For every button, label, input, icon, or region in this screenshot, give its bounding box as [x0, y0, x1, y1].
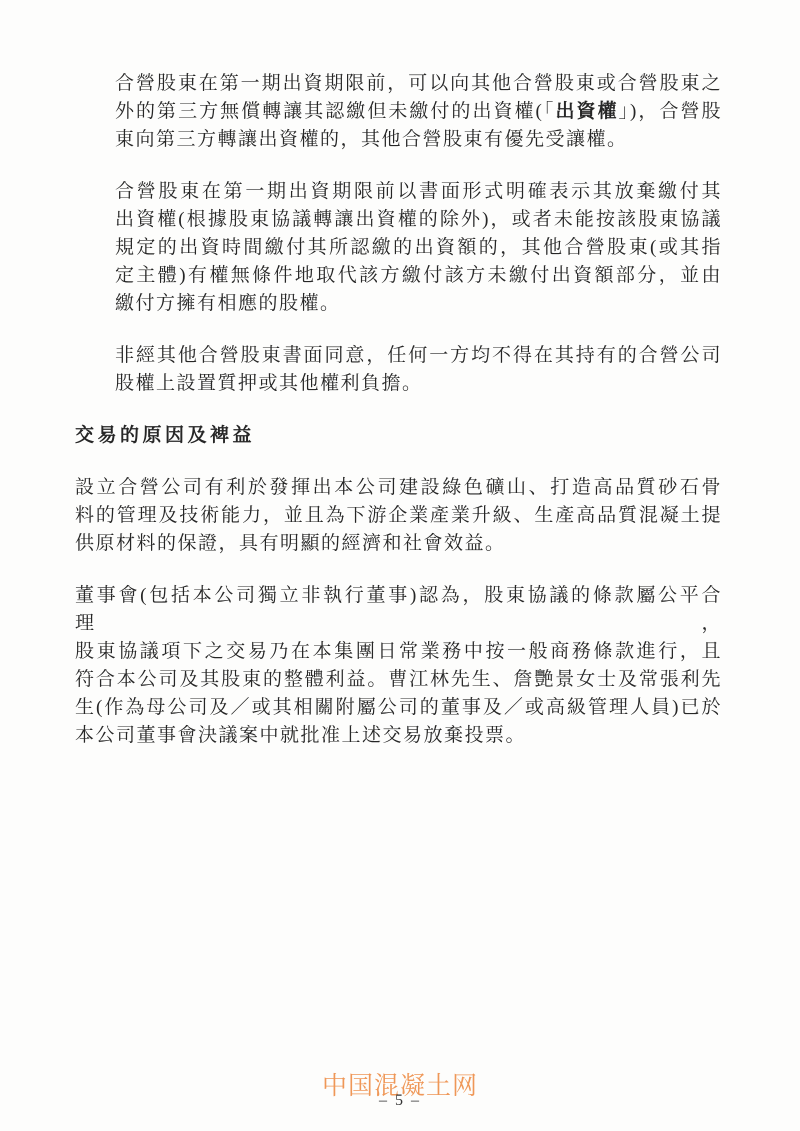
paragraph: 非經其他合營股東書面同意，任何一方均不得在其持有的合營公司股權上設置質押或其他權…	[115, 342, 722, 398]
text-run: 供原材料的保證，具有明顯的經濟和社會效益。	[75, 533, 506, 554]
text-run: 非經其他合營股東書面同意，任何一方均不得在其持有的合營公司	[115, 345, 722, 366]
text-run: 合營股東在第一期出資期限前以書面形式明確表示其放棄繳付其	[115, 181, 722, 202]
text-run: 董事會(包括本公司獨立非執行董事)認為，股東協議的條款屬公平合理，	[75, 585, 722, 634]
text-line: 本公司董事會決議案中就批准上述交易放棄投票。	[75, 722, 722, 750]
text-run: 東向第三方轉讓出資權的，其他合營股東有優先受讓權。	[115, 129, 628, 150]
text-run: 股權上設置質押或其他權利負擔。	[115, 373, 423, 394]
text-line: 合營股東在第一期出資期限前，可以向其他合營股東或合營股東之	[115, 70, 722, 98]
paragraph: 合營股東在第一期出資期限前以書面形式明確表示其放棄繳付其出資權(根據股東協議轉讓…	[115, 178, 722, 318]
text-run: 設立合營公司有利於發揮出本公司建設綠色礦山、打造高品質砂石骨	[75, 477, 722, 498]
section-heading: 交易的原因及裨益	[75, 422, 722, 450]
text-run: 生(作為母公司及／或其相關附屬公司的董事及／或高級管理人員)已於	[75, 697, 722, 718]
text-line: 規定的出資時間繳付其所認繳的出資額的，其他合營股東(或其指	[115, 234, 722, 262]
text-line: 非經其他合營股東書面同意，任何一方均不得在其持有的合營公司	[115, 342, 722, 370]
text-line: 董事會(包括本公司獨立非執行董事)認為，股東協議的條款屬公平合理，	[75, 582, 722, 638]
paragraph: 合營股東在第一期出資期限前，可以向其他合營股東或合營股東之外的第三方無償轉讓其認…	[115, 70, 722, 154]
text-line: 外的第三方無償轉讓其認繳但未繳付的出資權(「出資權」)，合營股	[115, 98, 722, 126]
text-line: 繳付方擁有相應的股權。	[115, 290, 722, 318]
text-line: 符合本公司及其股東的整體利益。曹江林先生、詹艷景女士及常張利先	[75, 666, 722, 694]
text-run: 出資權(根據股東協議轉讓出資權的除外)，或者未能按該股東協議	[115, 209, 722, 230]
text-line: 生(作為母公司及／或其相關附屬公司的董事及／或高級管理人員)已於	[75, 694, 722, 722]
page-number: – 5 –	[0, 1092, 800, 1110]
text-line: 料的管理及技術能力，並且為下游企業產業升級、生產高品質混凝土提	[75, 502, 722, 530]
document-page: 合營股東在第一期出資期限前，可以向其他合營股東或合營股東之外的第三方無償轉讓其認…	[0, 0, 800, 1131]
text-run: 股東協議項下之交易乃在本集團日常業務中按一般商務條款進行，且	[75, 641, 722, 662]
text-run: 符合本公司及其股東的整體利益。曹江林先生、詹艷景女士及常張利先	[75, 669, 722, 690]
text-line: 合營股東在第一期出資期限前以書面形式明確表示其放棄繳付其	[115, 178, 722, 206]
document-body: 合營股東在第一期出資期限前，可以向其他合營股東或合營股東之外的第三方無償轉讓其認…	[75, 70, 722, 774]
text-line: 股權上設置質押或其他權利負擔。	[115, 370, 722, 398]
text-line: 出資權(根據股東協議轉讓出資權的除外)，或者未能按該股東協議	[115, 206, 722, 234]
text-run: 繳付方擁有相應的股權。	[115, 293, 341, 314]
text-line: 定主體)有權無條件地取代該方繳付該方未繳付出資額部分，並由	[115, 262, 722, 290]
text-run: 定主體)有權無條件地取代該方繳付該方未繳付出資額部分，並由	[115, 265, 722, 286]
paragraph: 董事會(包括本公司獨立非執行董事)認為，股東協議的條款屬公平合理，股東協議項下之…	[75, 582, 722, 750]
text-line: 設立合營公司有利於發揮出本公司建設綠色礦山、打造高品質砂石骨	[75, 474, 722, 502]
text-run: 」)，合營股	[619, 101, 722, 122]
paragraph: 設立合營公司有利於發揮出本公司建設綠色礦山、打造高品質砂石骨料的管理及技術能力，…	[75, 474, 722, 558]
text-line: 股東協議項下之交易乃在本集團日常業務中按一般商務條款進行，且	[75, 638, 722, 666]
text-run: 本公司董事會決議案中就批准上述交易放棄投票。	[75, 725, 526, 746]
text-run: 規定的出資時間繳付其所認繳的出資額的，其他合營股東(或其指	[115, 237, 722, 258]
text-run: 料的管理及技術能力，並且為下游企業產業升級、生產高品質混凝土提	[75, 505, 722, 526]
text-line: 供原材料的保證，具有明顯的經濟和社會效益。	[75, 530, 722, 558]
text-run: 外的第三方無償轉讓其認繳但未繳付的出資權(「	[115, 101, 555, 122]
text-line: 東向第三方轉讓出資權的，其他合營股東有優先受讓權。	[115, 126, 722, 154]
defined-term-bold: 出資權	[555, 101, 618, 122]
text-run: 合營股東在第一期出資期限前，可以向其他合營股東或合營股東之	[115, 73, 722, 94]
